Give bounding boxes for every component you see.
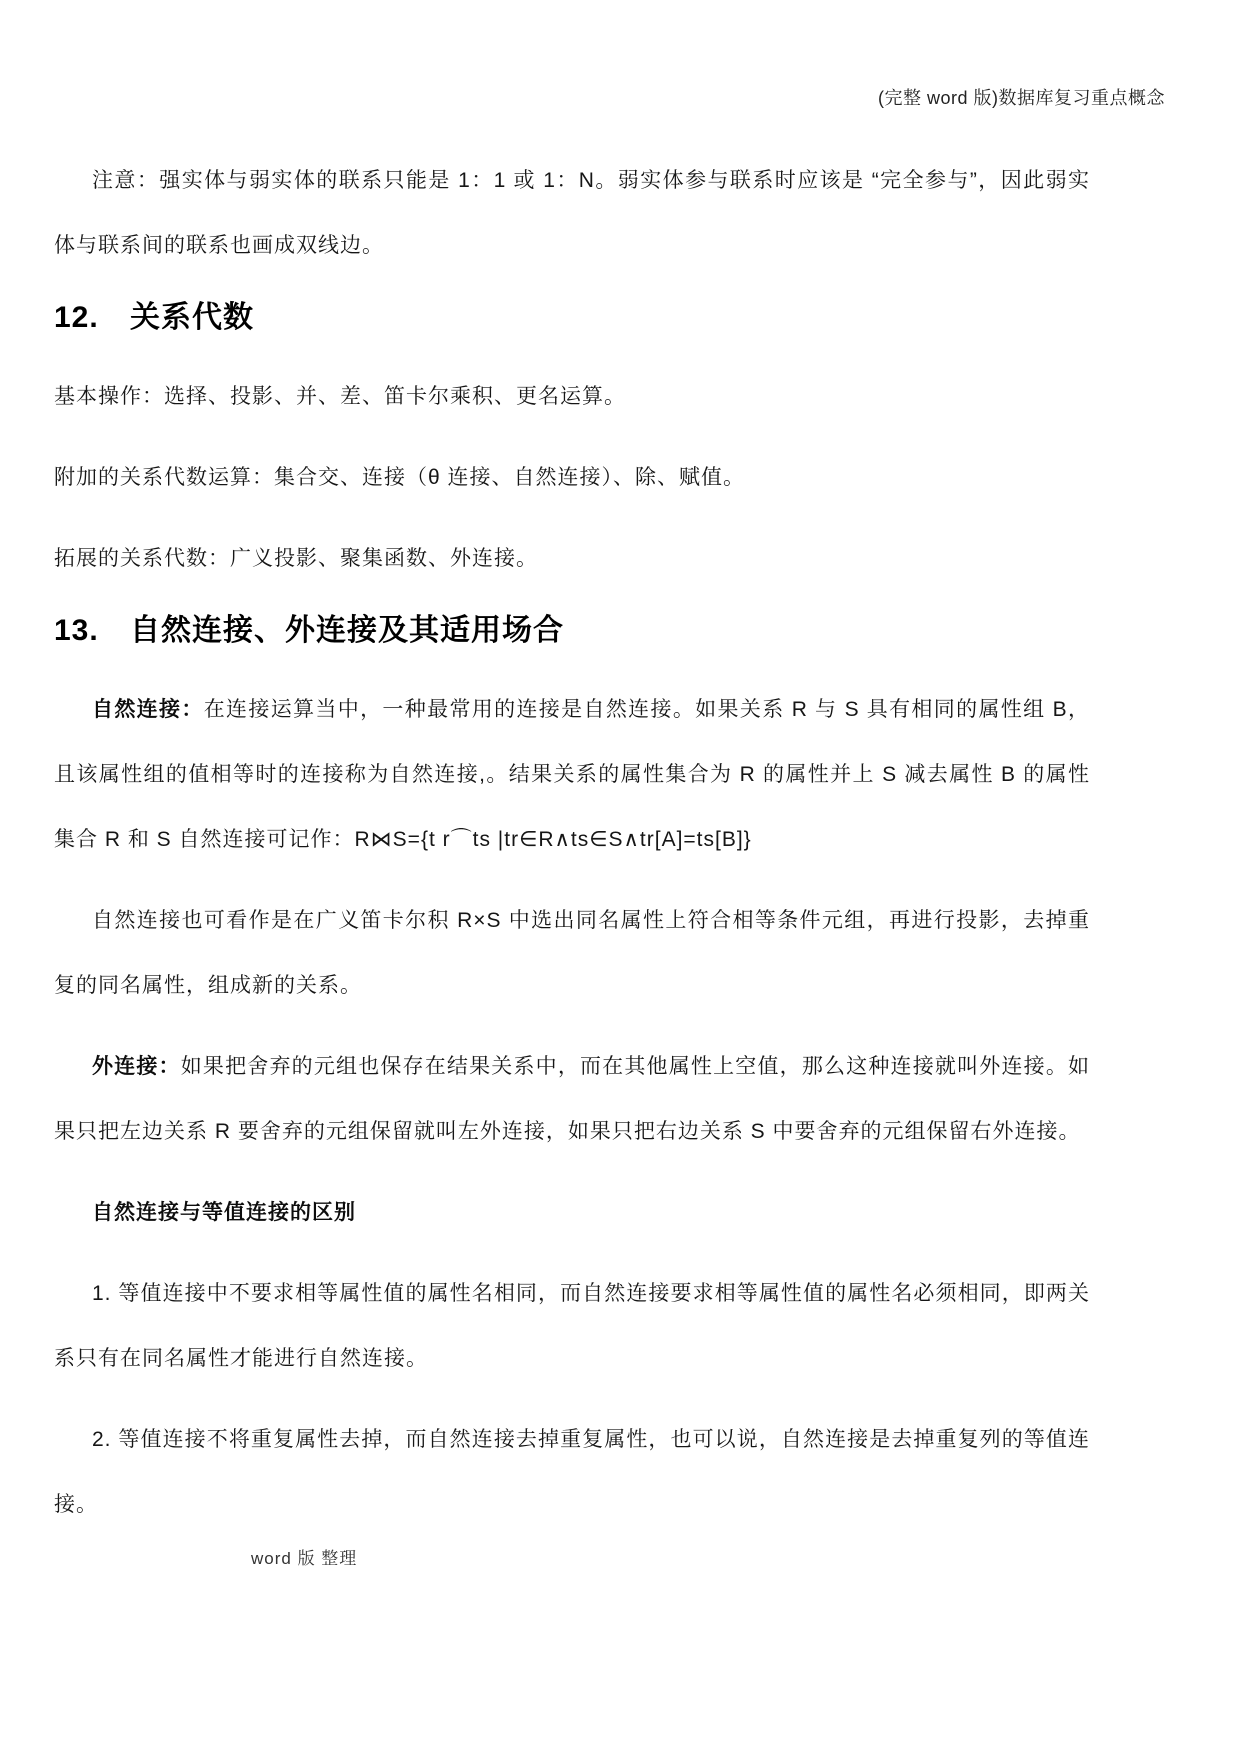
- difference-item-1: 1. 等值连接中不要求相等属性值的属性名相同，而自然连接要求相等属性值的属性名必…: [54, 1261, 1090, 1391]
- section-12-title: 关系代数: [130, 301, 254, 334]
- natural-join-text: 在连接运算当中，一种最常用的连接是自然连接。如果关系 R 与 S 具有相同的属性…: [54, 698, 1090, 851]
- natural-join-lead: 自然连接：: [92, 698, 204, 721]
- section-13-number: 13.: [54, 609, 130, 653]
- natural-join-paragraph: 自然连接：在连接运算当中，一种最常用的连接是自然连接。如果关系 R 与 S 具有…: [54, 677, 1090, 872]
- page-header-title: (完整 word 版)数据库复习重点概念: [0, 0, 1241, 110]
- basic-operations-paragraph: 基本操作：选择、投影、并、差、笛卡尔乘积、更名运算。: [54, 364, 1090, 429]
- extended-operations-paragraph: 拓展的关系代数：广义投影、聚集函数、外连接。: [54, 526, 1090, 591]
- section-12-number: 12.: [54, 296, 130, 340]
- additional-operations-paragraph: 附加的关系代数运算：集合交、连接（θ 连接、自然连接）、除、赋值。: [54, 445, 1090, 510]
- outer-join-lead: 外连接：: [92, 1055, 181, 1078]
- difference-item-2: 2. 等值连接不将重复属性去掉，而自然连接去掉重复属性，也可以说，自然连接是去掉…: [54, 1407, 1090, 1537]
- difference-subtitle: 自然连接与等值连接的区别: [54, 1180, 1090, 1245]
- document-content: 注意：强实体与弱实体的联系只能是 1：1 或 1：N。弱实体参与联系时应该是 “…: [54, 148, 1090, 1537]
- natural-join-note-paragraph: 自然连接也可看作是在广义笛卡尔积 R×S 中选出同名属性上符合相等条件元组，再进…: [54, 888, 1090, 1018]
- note-paragraph: 注意：强实体与弱实体的联系只能是 1：1 或 1：N。弱实体参与联系时应该是 “…: [54, 148, 1090, 278]
- page-footer-text: word 版 整理: [251, 1547, 1241, 1571]
- section-13-heading: 13.自然连接、外连接及其适用场合: [54, 609, 1090, 653]
- section-12-heading: 12.关系代数: [54, 296, 1090, 340]
- document-page: (完整 word 版)数据库复习重点概念 注意：强实体与弱实体的联系只能是 1：…: [0, 0, 1241, 1754]
- outer-join-text: 如果把舍弃的元组也保存在结果关系中，而在其他属性上空值，那么这种连接就叫外连接。…: [54, 1055, 1090, 1143]
- section-13-title: 自然连接、外连接及其适用场合: [130, 614, 564, 647]
- outer-join-paragraph: 外连接：如果把舍弃的元组也保存在结果关系中，而在其他属性上空值，那么这种连接就叫…: [54, 1034, 1090, 1164]
